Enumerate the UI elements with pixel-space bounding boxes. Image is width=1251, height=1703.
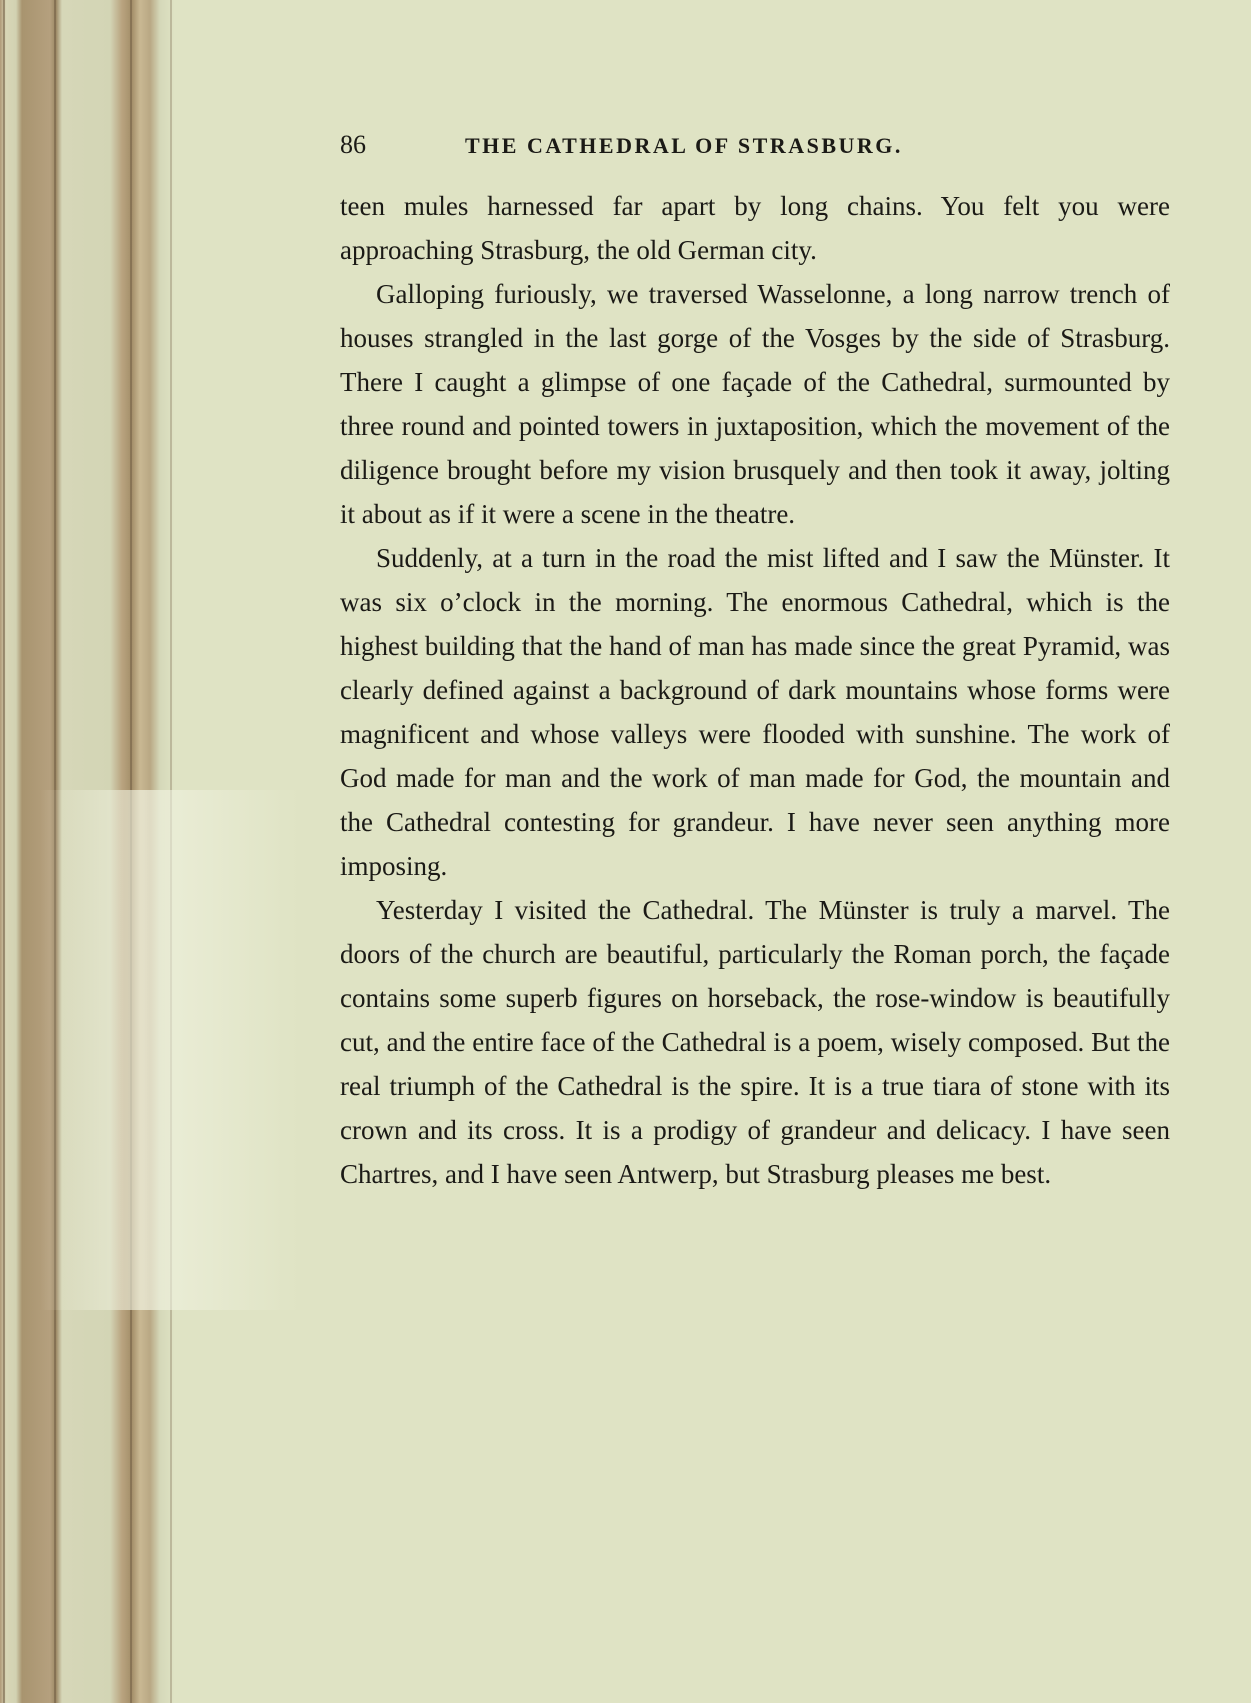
page-edge-line: [3, 0, 5, 1703]
running-head: 86 THE CATHEDRAL OF STRASBURG.: [340, 130, 1170, 170]
paragraph-continuation: teen mules harnessed far apart by long c…: [340, 184, 1170, 272]
body-text: teen mules harnessed far apart by long c…: [340, 184, 1170, 1196]
paragraph: Galloping furiously, we traversed Wassel…: [340, 272, 1170, 536]
paragraph: Suddenly, at a turn in the road the mist…: [340, 536, 1170, 888]
paragraph: Yesterday I visited the Cathedral. The M…: [340, 888, 1170, 1196]
book-page: 86 THE CATHEDRAL OF STRASBURG. teen mule…: [340, 130, 1170, 1196]
running-title: THE CATHEDRAL OF STRASBURG.: [465, 133, 903, 159]
page-number: 86: [340, 130, 465, 160]
light-glare: [40, 790, 300, 1310]
